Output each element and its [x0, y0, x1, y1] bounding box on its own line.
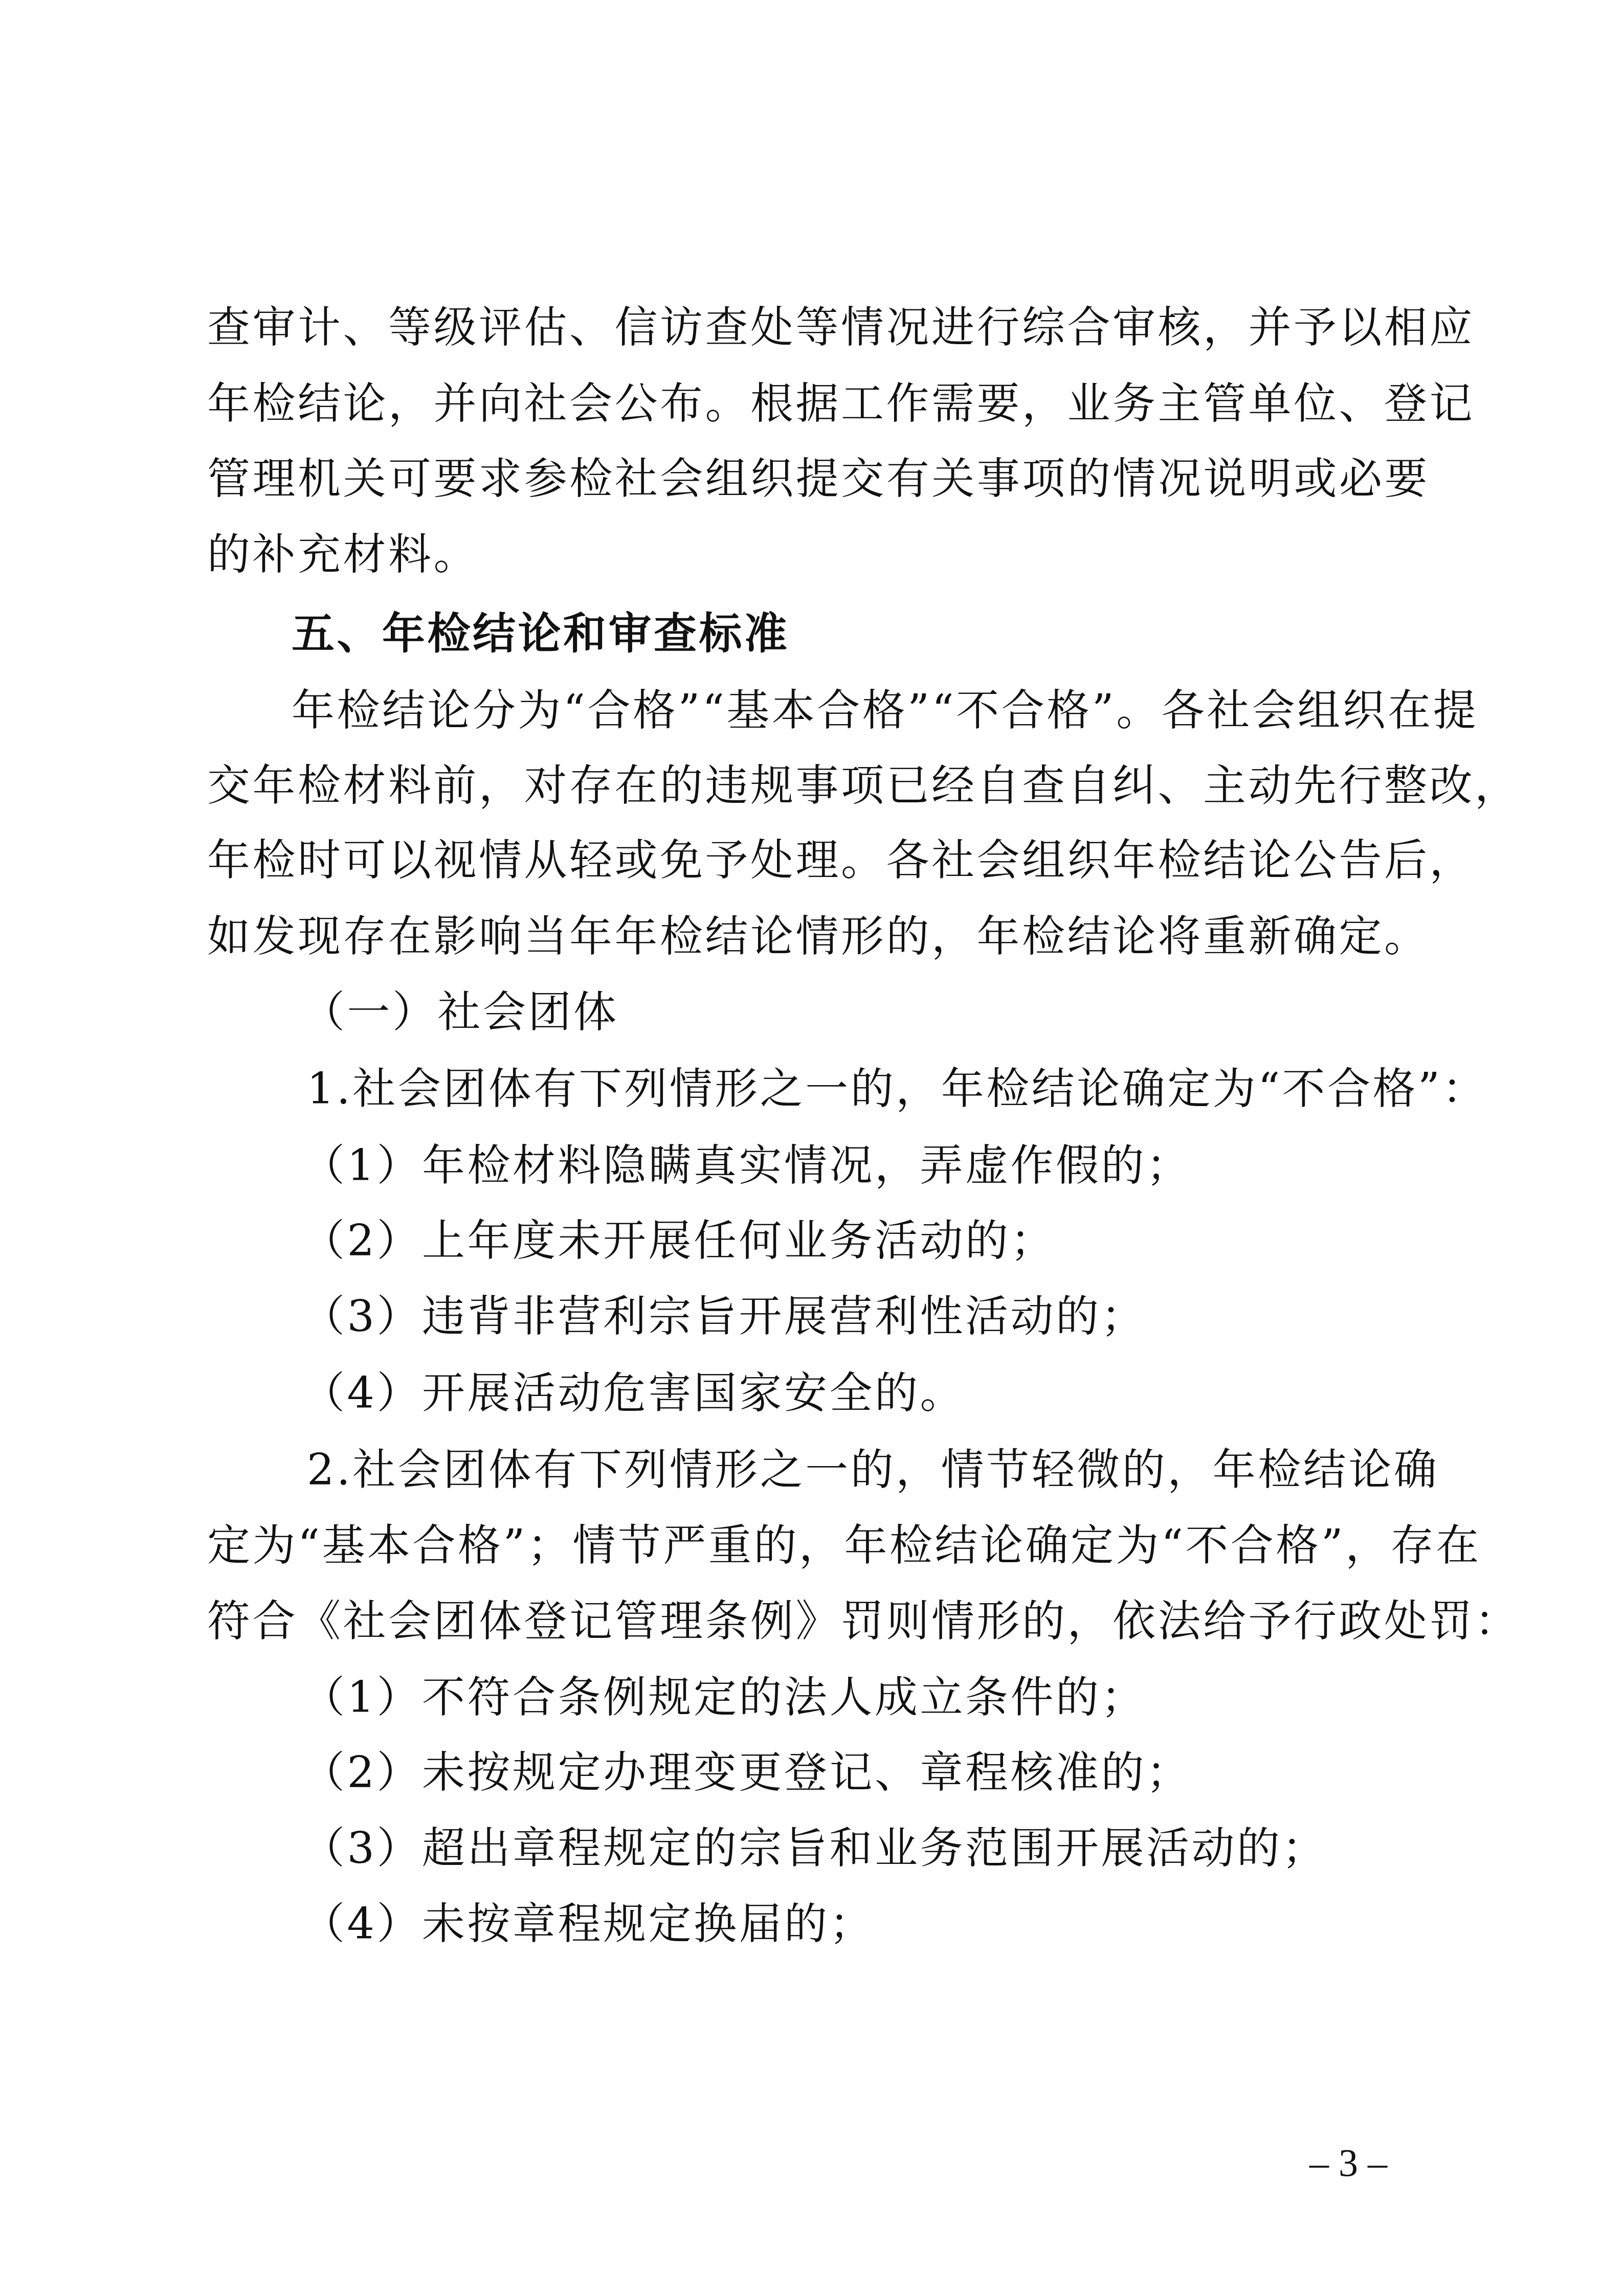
list-item: （4）开展活动危害国家安全的。 — [302, 1355, 1430, 1431]
clause-intro: 2.社会团体有下列情形之一的，情节轻微的，年检结论确 — [307, 1432, 1430, 1507]
list-item: （4）未按章程规定换届的； — [302, 1886, 1430, 1962]
document-page: 查审计、等级评估、信访查处等情况进行综合审核，并予以相应 年检结论，并向社会公布… — [0, 0, 1624, 2296]
list-item: （2）未按规定办理变更登记、章程核准的； — [302, 1735, 1430, 1810]
paragraph-line: 年检结论，并向社会公布。根据工作需要，业务主管单位、登记 — [207, 366, 1430, 441]
clause-intro-line: 定为“基本合格”；情节严重的，年检结论确定为“不合格”，存在 — [207, 1507, 1430, 1583]
list-item: （2）上年度未开展任何业务活动的； — [302, 1203, 1430, 1278]
paragraph-line: 交年检材料前，对存在的违规事项已经自查自纠、主动先行整改， — [207, 748, 1430, 823]
list-item: （1）年检材料隐瞒真实情况，弄虚作假的； — [302, 1128, 1430, 1203]
paragraph-line: 如发现存在影响当年年检结论情形的，年检结论将重新确定。 — [207, 898, 1430, 974]
paragraph-line: 的补充材料。 — [207, 516, 1430, 592]
list-item: （1）不符合条例规定的法人成立条件的； — [302, 1659, 1430, 1735]
section-heading: 五、年检结论和审查标准 — [292, 596, 1514, 671]
subsection-heading: （一）社会团体 — [302, 974, 1524, 1050]
paragraph-line: 查审计、等级评估、信访查处等情况进行综合审核，并予以相应 — [207, 289, 1430, 365]
page-number: – 3 – — [1309, 2137, 1463, 2189]
paragraph-line: 管理机关可要求参检社会组织提交有关事项的情况说明或必要 — [207, 441, 1430, 516]
list-item: （3）超出章程规定的宗旨和业务范围开展活动的； — [302, 1810, 1430, 1886]
clause-intro-line: 符合《社会团体登记管理条例》罚则情形的，依法给予行政处罚： — [207, 1583, 1430, 1659]
clause-intro: 1.社会团体有下列情形之一的，年检结论确定为“不合格”： — [307, 1051, 1430, 1127]
list-item: （3）违背非营利宗旨开展营利性活动的； — [302, 1278, 1430, 1354]
paragraph-line: 年检时可以视情从轻或免予处理。各社会组织年检结论公告后， — [207, 822, 1430, 898]
paragraph-line: 年检结论分为“合格”“基本合格”“不合格”。各社会组织在提 — [292, 672, 1430, 748]
